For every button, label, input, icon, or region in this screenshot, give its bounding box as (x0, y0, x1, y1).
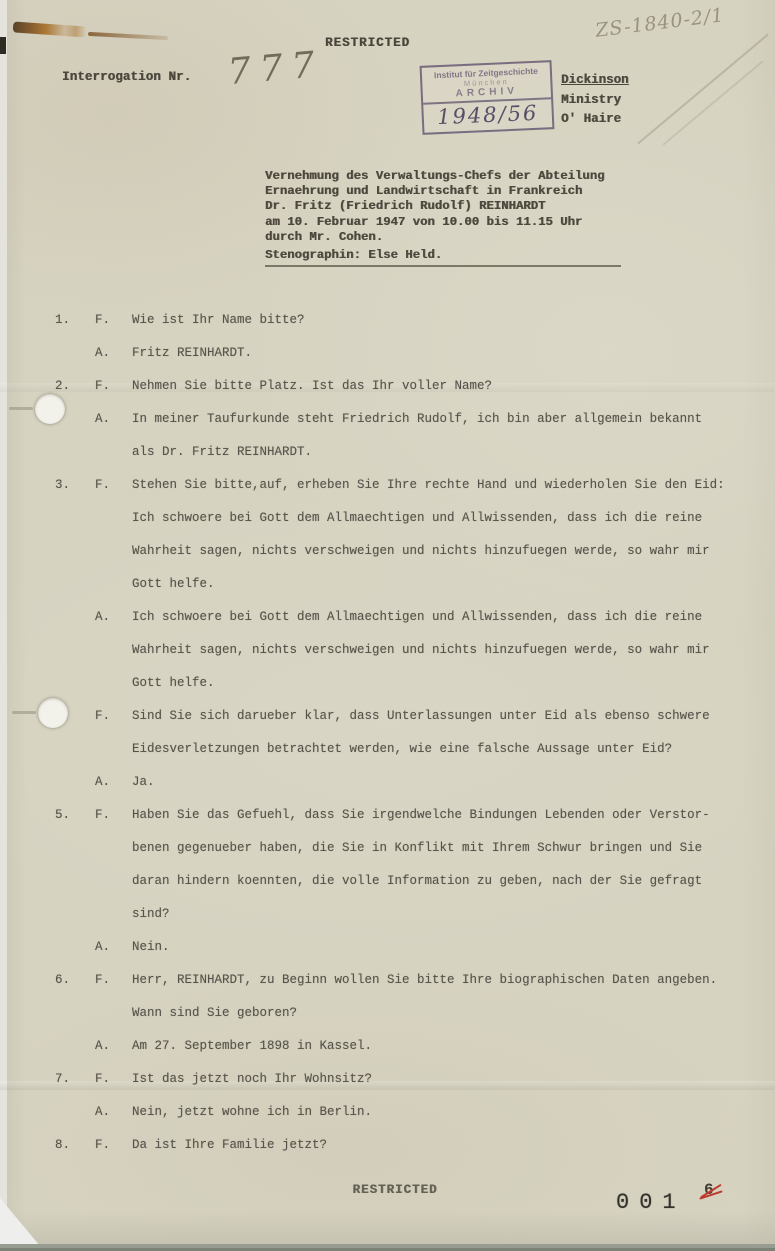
line-text: Haben Sie das Gefuehl, dass Sie irgendwe… (132, 799, 757, 832)
speaker-label (95, 568, 132, 601)
line-text: benen gegenueber haben, die Sie in Konfl… (132, 832, 757, 865)
speaker-label (95, 436, 132, 469)
speaker-label (95, 865, 132, 898)
speaker-label: F. (95, 700, 132, 733)
item-number: 8. (55, 1129, 95, 1162)
stamp-accession-number: 1948/56 (425, 100, 550, 129)
speaker-label: A. (95, 1030, 132, 1063)
item-number (55, 832, 95, 865)
line-text: In meiner Taufurkunde steht Friedrich Ru… (132, 403, 757, 436)
line-text: Nein, jetzt wohne ich in Berlin. (132, 1096, 757, 1129)
speaker-label (95, 733, 132, 766)
qa-line: Wahrheit sagen, nichts verschweigen und … (55, 634, 757, 667)
line-text: Wie ist Ihr Name bitte? (132, 304, 757, 337)
speaker-label: A. (95, 931, 132, 964)
line-text: Ja. (132, 766, 757, 799)
line-text: Ist das jetzt noch Ihr Wohnsitz? (132, 1063, 757, 1096)
item-number (55, 601, 95, 634)
scanned-document-page: RESTRICTED ZS-1840-2/1 Interrogation Nr.… (0, 0, 775, 1251)
qa-line: 4.F.Sind Sie sich darueber klar, dass Un… (55, 700, 757, 733)
document-title-block: Vernehmung des Verwaltungs-Chefs der Abt… (265, 169, 621, 267)
qa-line: als Dr. Fritz REINHARDT. (55, 436, 757, 469)
line-text: Wann sind Sie geboren? (132, 997, 757, 1030)
stenographer-line: Stenographin: Else Held. (265, 248, 621, 267)
qa-item: 3.F.Stehen Sie bitte,auf, erheben Sie Ih… (55, 469, 757, 700)
qa-line: 5.F.Haben Sie das Gefuehl, dass Sie irge… (55, 799, 757, 832)
line-text: Gott helfe. (132, 667, 757, 700)
punch-hole (38, 698, 68, 728)
qa-line: 8.F.Da ist Ihre Familie jetzt? (55, 1129, 757, 1162)
speaker-label (95, 535, 132, 568)
qa-line: A.In meiner Taufurkunde steht Friedrich … (55, 403, 757, 436)
item-number (55, 997, 95, 1030)
speaker-label: F. (95, 469, 132, 502)
line-text: Stehen Sie bitte,auf, erheben Sie Ihre r… (132, 469, 757, 502)
qa-line: 2.F.Nehmen Sie bitte Platz. Ist das Ihr … (55, 370, 757, 403)
interrogation-number-handwritten: 777 (226, 44, 325, 93)
punch-hole (35, 394, 65, 424)
title-line: am 10. Februar 1947 von 10.00 bis 11.15 … (265, 215, 621, 230)
qa-line: A.Ich schwoere bei Gott dem Allmaechtige… (55, 601, 757, 634)
distribution-name: Ministry (561, 91, 629, 111)
speaker-label: A. (95, 601, 132, 634)
qa-item: 7.F.Ist das jetzt noch Ihr Wohnsitz?A.Ne… (55, 1063, 757, 1129)
line-text: sind? (132, 898, 757, 931)
title-line: Dr. Fritz (Friedrich Rudolf) REINHARDT (265, 199, 621, 214)
line-text: Ich schwoere bei Gott dem Allmaechtigen … (132, 601, 757, 634)
item-number (55, 1096, 95, 1129)
speaker-label (95, 667, 132, 700)
speaker-label (95, 634, 132, 667)
qa-line: Ich schwoere bei Gott dem Allmaechtigen … (55, 502, 757, 535)
item-number (55, 1030, 95, 1063)
qa-item: 4.F.Sind Sie sich darueber klar, dass Un… (55, 700, 757, 799)
item-number: 6. (55, 964, 95, 997)
speaker-label: F. (95, 304, 132, 337)
item-number (55, 898, 95, 931)
qa-line: 1.F.Wie ist Ihr Name bitte? (55, 304, 757, 337)
page-number-stamp: 001 (616, 1190, 686, 1215)
qa-line: 6.F.Herr, REINHARDT, zu Beginn wollen Si… (55, 964, 757, 997)
qa-item: 1.F.Wie ist Ihr Name bitte?A.Fritz REINH… (55, 304, 757, 370)
qa-line: A.Ja. (55, 766, 757, 799)
line-text: daran hindern koennten, die volle Inform… (132, 865, 757, 898)
speaker-label: F. (95, 964, 132, 997)
speaker-label (95, 502, 132, 535)
pencil-scratch (663, 60, 764, 145)
archive-stamp: Institut für Zeitgeschichte München ARCH… (420, 60, 555, 135)
title-line: Ernaehrung und Landwirtschaft in Frankre… (265, 184, 621, 199)
item-number (55, 766, 95, 799)
item-number (55, 568, 95, 601)
qa-line: benen gegenueber haben, die Sie in Konfl… (55, 832, 757, 865)
interrogation-number-label: Interrogation Nr. (62, 70, 191, 84)
speaker-label: F. (95, 1129, 132, 1162)
speaker-label: A. (95, 337, 132, 370)
speaker-label (95, 898, 132, 931)
title-line: Vernehmung des Verwaltungs-Chefs der Abt… (265, 169, 621, 184)
qa-line: Gott helfe. (55, 568, 757, 601)
qa-line: Wann sind Sie geboren? (55, 997, 757, 1030)
qa-line: Wahrheit sagen, nichts verschweigen und … (55, 535, 757, 568)
scan-edge-left (0, 0, 7, 1251)
qa-line: A.Nein. (55, 931, 757, 964)
archive-stamp-lower: 1948/56 (423, 99, 552, 133)
qa-line: 3.F.Stehen Sie bitte,auf, erheben Sie Ih… (55, 469, 757, 502)
item-number (55, 535, 95, 568)
distribution-name: O' Haire (561, 110, 629, 130)
item-number: 3. (55, 469, 95, 502)
speaker-label: F. (95, 799, 132, 832)
archive-stamp-upper: Institut für Zeitgeschichte München ARCH… (422, 62, 551, 105)
speaker-label: A. (95, 1096, 132, 1129)
line-text: Gott helfe. (132, 568, 757, 601)
item-number (55, 337, 95, 370)
crossed-out-page-number: 6 (704, 1181, 714, 1199)
item-number: 5. (55, 799, 95, 832)
item-number: 1. (55, 304, 95, 337)
line-text: als Dr. Fritz REINHARDT. (132, 436, 757, 469)
qa-item: 6.F.Herr, REINHARDT, zu Beginn wollen Si… (55, 964, 757, 1063)
qa-line: A.Fritz REINHARDT. (55, 337, 757, 370)
qa-line: daran hindern koennten, die volle Inform… (55, 865, 757, 898)
qa-item: 8.F.Da ist Ihre Familie jetzt? (55, 1129, 757, 1162)
line-text: Ich schwoere bei Gott dem Allmaechtigen … (132, 502, 757, 535)
line-text: Eidesverletzungen betrachtet werden, wie… (132, 733, 757, 766)
speaker-label: F. (95, 370, 132, 403)
distribution-name: Dickinson (561, 71, 629, 91)
item-number (55, 502, 95, 535)
item-number (55, 667, 95, 700)
qa-line: A.Nein, jetzt wohne ich in Berlin. (55, 1096, 757, 1129)
line-text: Fritz REINHARDT. (132, 337, 757, 370)
item-number (55, 865, 95, 898)
item-number (55, 931, 95, 964)
item-number: 7. (55, 1063, 95, 1096)
distribution-list: Dickinson Ministry O' Haire (561, 71, 629, 130)
speaker-label (95, 832, 132, 865)
line-text: Herr, REINHARDT, zu Beginn wollen Sie bi… (132, 964, 757, 997)
item-number (55, 436, 95, 469)
speaker-label: A. (95, 766, 132, 799)
qa-item: 2.F.Nehmen Sie bitte Platz. Ist das Ihr … (55, 370, 757, 469)
qa-line: 7.F.Ist das jetzt noch Ihr Wohnsitz? (55, 1063, 757, 1096)
item-number (55, 733, 95, 766)
item-number (55, 634, 95, 667)
speaker-label: F. (95, 1063, 132, 1096)
line-text: Sind Sie sich darueber klar, dass Unterl… (132, 700, 757, 733)
speaker-label (95, 997, 132, 1030)
qa-line: A.Am 27. September 1898 in Kassel. (55, 1030, 757, 1063)
line-text: Nein. (132, 931, 757, 964)
line-text: Am 27. September 1898 in Kassel. (132, 1030, 757, 1063)
title-line: durch Mr. Cohen. (265, 230, 621, 245)
line-text: Wahrheit sagen, nichts verschweigen und … (132, 535, 757, 568)
line-text: Da ist Ihre Familie jetzt? (132, 1129, 757, 1162)
speaker-label: A. (95, 403, 132, 436)
qa-list: 1.F.Wie ist Ihr Name bitte?A.Fritz REINH… (55, 304, 757, 1162)
qa-item: 5.F.Haben Sie das Gefuehl, dass Sie irge… (55, 799, 757, 964)
pencil-scratch (637, 34, 769, 145)
qa-line: Gott helfe. (55, 667, 757, 700)
line-text: Wahrheit sagen, nichts verschweigen und … (132, 634, 757, 667)
qa-line: Eidesverletzungen betrachtet werden, wie… (55, 733, 757, 766)
line-text: Nehmen Sie bitte Platz. Ist das Ihr voll… (132, 370, 757, 403)
qa-line: sind? (55, 898, 757, 931)
